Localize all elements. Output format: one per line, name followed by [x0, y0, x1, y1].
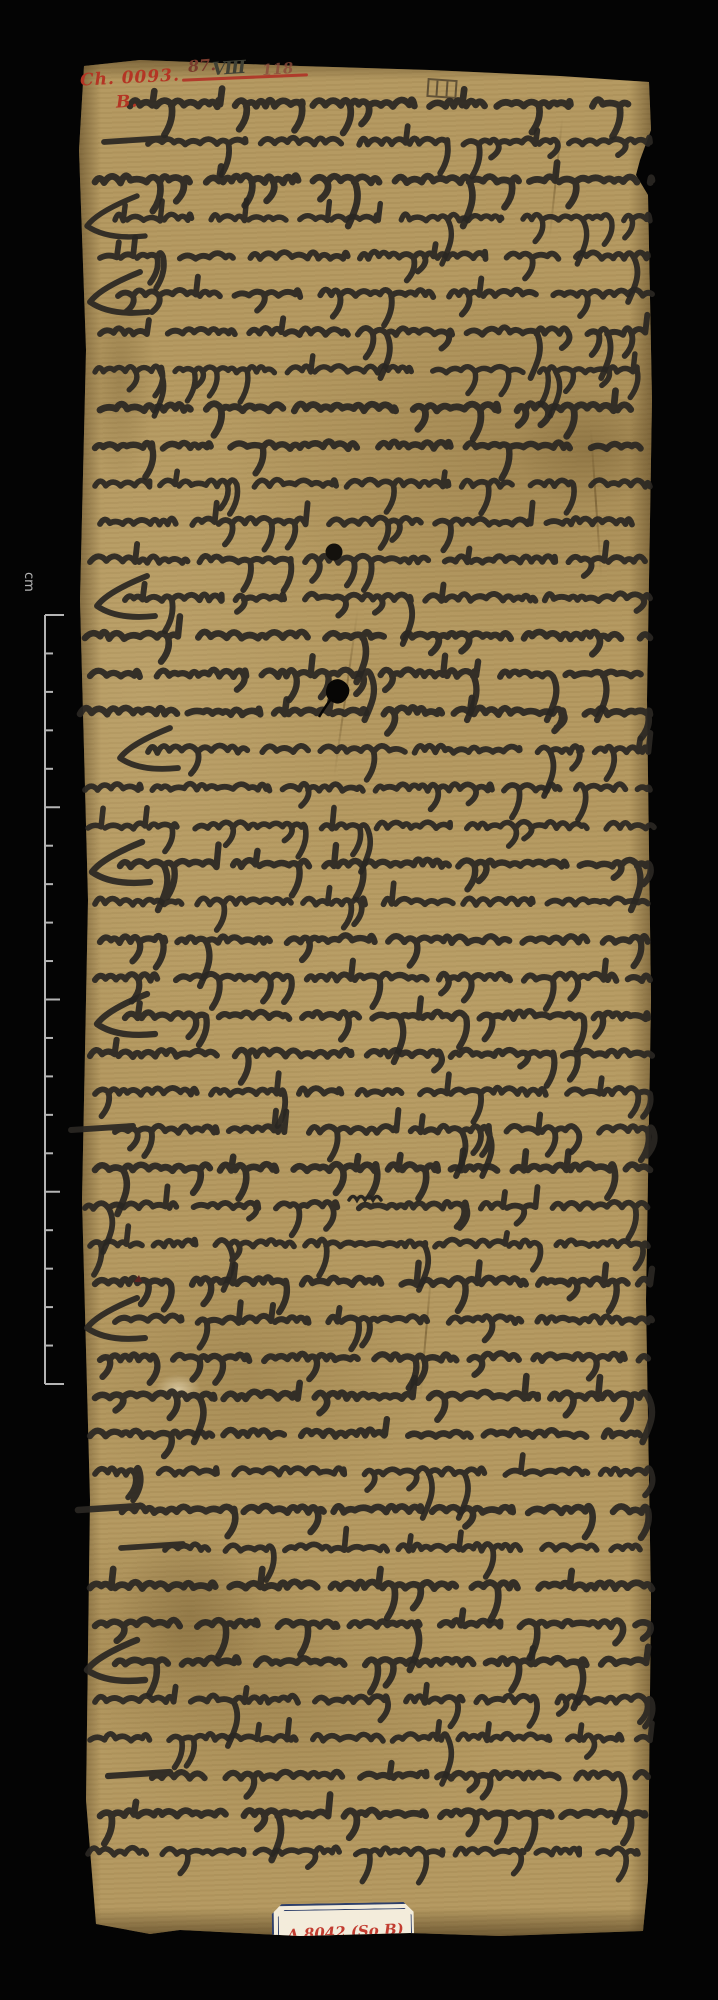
paper-stain	[515, 388, 665, 508]
photograph-of-manuscript: A 8042 (So B) Ch. 0093. B. 87. Ⅷ 118 cm	[0, 0, 718, 2000]
collection-label: A 8042 (So B)	[272, 1902, 419, 1963]
collection-label-border: A 8042 (So B)	[278, 1908, 413, 1956]
paper-crease	[590, 428, 602, 578]
catalog-letter: B.	[115, 91, 138, 112]
manuscript-paper: A 8042 (So B)	[75, 58, 653, 1938]
paper-crease	[549, 118, 564, 238]
ruler-unit-label: cm	[21, 572, 36, 592]
paper-crease	[419, 1268, 432, 1398]
ruler-scale	[38, 610, 68, 1400]
paper-light-spot	[155, 1374, 201, 1404]
paper-edge-shading	[75, 58, 653, 1938]
paper-stain	[115, 1528, 265, 1698]
collection-label-text: A 8042 (So B)	[286, 1920, 404, 1944]
paper-crease	[333, 609, 359, 778]
paper-stain	[85, 268, 155, 488]
seal-stamp-icon	[426, 78, 457, 99]
